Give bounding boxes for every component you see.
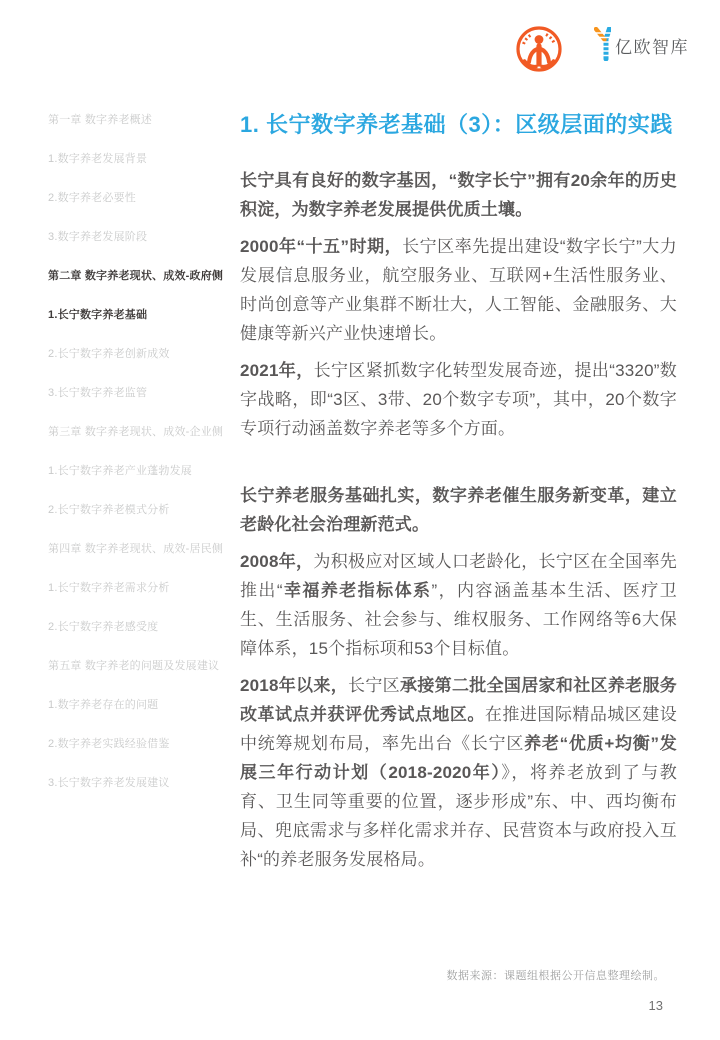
sidebar-item[interactable]: 3.数字养老发展阶段 xyxy=(48,231,238,244)
paragraph: 长宁养老服务基础扎实，数字养老催生服务新变革，建立老龄化社会治理新范式。 xyxy=(240,481,677,539)
sidebar-item[interactable]: 3.长宁数字养老发展建议 xyxy=(48,777,238,790)
sidebar-item[interactable]: 2.数字养老实践经验借鉴 xyxy=(48,738,238,751)
paragraph: 2000年“十五”时期，长宁区率先提出建设“数字长宁”大力发展信息服务业，航空服… xyxy=(240,232,677,348)
page-title: 1. 长宁数字养老基础（3）：区级层面的实践 xyxy=(240,110,677,140)
brand-logo: 亿欧智库 xyxy=(594,27,689,61)
sidebar-item[interactable]: 1.数字养老存在的问题 xyxy=(48,699,238,712)
brand-name: 亿欧智库 xyxy=(615,33,689,58)
sidebar-toc: 第一章 数字养老概述1.数字养老发展背景2.数字养老必要性3.数字养老发展阶段第… xyxy=(48,114,238,790)
sidebar-item[interactable]: 第四章 数字养老现状、成效-居民侧 xyxy=(48,543,238,556)
sidebar-item[interactable]: 1.长宁数字养老产业蓬勃发展 xyxy=(48,465,238,478)
report-page: 亿欧智库 第一章 数字养老概述1.数字养老发展背景2.数字养老必要性3.数字养老… xyxy=(0,0,720,1040)
main-content: 1. 长宁数字养老基础（3）：区级层面的实践 长宁具有良好的数字基因，“数字长宁… xyxy=(240,110,677,882)
paragraphs: 长宁具有良好的数字基因，“数字长宁”拥有20余年的历史积淀，为数字养老发展提供优… xyxy=(240,166,677,874)
equalocean-y-icon xyxy=(594,27,611,61)
paragraph: 2018年以来，长宁区承接第二批全国居家和社区养老服务改革试点并获评优秀试点地区… xyxy=(240,671,677,874)
elderly-care-emblem-icon xyxy=(515,25,563,73)
sidebar-item[interactable]: 第三章 数字养老现状、成效-企业侧 xyxy=(48,426,238,439)
sidebar-item[interactable]: 1.长宁数字养老需求分析 xyxy=(48,582,238,595)
paragraph: 2021年，长宁区紧抓数字化转型发展奇迹，提出“3320”数字战略，即“3区、3… xyxy=(240,356,677,443)
sidebar-item[interactable]: 3.长宁数字养老监管 xyxy=(48,387,238,400)
sidebar-item[interactable]: 第五章 数字养老的问题及发展建议 xyxy=(48,660,238,673)
data-source-note: 数据来源：课题组根据公开信息整理绘制。 xyxy=(447,967,666,983)
sidebar-item[interactable]: 2.长宁数字养老感受度 xyxy=(48,621,238,634)
paragraph: 2008年，为积极应对区域人口老龄化，长宁区在全国率先推出“幸福养老指标体系”，… xyxy=(240,547,677,663)
sidebar-item[interactable]: 第二章 数字养老现状、成效-政府侧 xyxy=(48,270,238,283)
page-number: 13 xyxy=(649,998,663,1013)
sidebar-item[interactable]: 1.长宁数字养老基础 xyxy=(48,309,238,322)
sidebar-item[interactable]: 第一章 数字养老概述 xyxy=(48,114,238,127)
sidebar-item[interactable]: 2.长宁数字养老创新成效 xyxy=(48,348,238,361)
sidebar-item[interactable]: 2.长宁数字养老模式分析 xyxy=(48,504,238,517)
sidebar-item[interactable]: 1.数字养老发展背景 xyxy=(48,153,238,166)
sidebar-item[interactable]: 2.数字养老必要性 xyxy=(48,192,238,205)
paragraph: 长宁具有良好的数字基因，“数字长宁”拥有20余年的历史积淀，为数字养老发展提供优… xyxy=(240,166,677,224)
